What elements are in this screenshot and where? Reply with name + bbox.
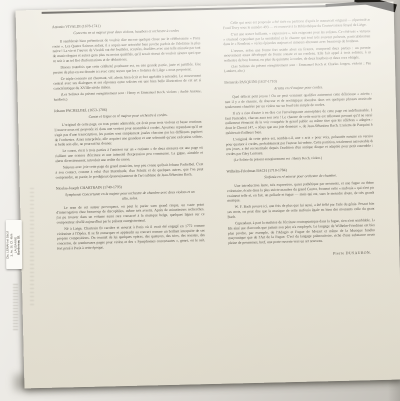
- section-chartrain: Nicolas-Joseph CHARTRAIN (1740-1793) Sym…: [56, 183, 205, 251]
- paragraph: Né à Liège, Chartrain fit carrière et mo…: [57, 223, 206, 251]
- paragraph: W. F. Bach prouve ici, une fois de plus …: [227, 201, 375, 219]
- record-sleeve-back-cover: Antonio VIVALDI (1678-1741) Concerto en …: [16, 2, 400, 389]
- paragraph: Le canon, écrit à trois parties à l'unis…: [55, 145, 203, 163]
- paragraph: L'original de cette pièce est, semble-t-…: [225, 134, 373, 157]
- paragraph: Il semblerait bien prétentieux de vouloi…: [52, 36, 201, 64]
- paragraph: C'est une œuvre brillante, « expressive …: [223, 29, 371, 47]
- liner-notes: Antonio VIVALDI (1678-1741) Concerto en …: [52, 17, 378, 382]
- soloists-note: (Les Solistes du présent enregistrement …: [223, 61, 371, 74]
- paragraph: Le nom de cet auteur provoquera, on peut…: [56, 202, 204, 225]
- section-pasquini: Bernardo PASQUINI (1637-1710) Arietta en…: [224, 77, 374, 163]
- paragraph: Une introduction lente, très expressive,…: [226, 180, 374, 203]
- section-pachelbel: Johann PACHELBEL (1653-1706) Canon et Gi…: [54, 105, 204, 180]
- work-subtitle: Concerto en ut majeur pour deux violons,…: [59, 28, 193, 36]
- inner-sleeve-corner-wedge: [354, 0, 397, 12]
- work-subtitle: Canon et Gigue en ré majeur pour orchest…: [61, 112, 195, 120]
- paragraph: Quel délicat petit joyau ! On ne peut vr…: [224, 91, 372, 109]
- paragraph: Ce triple concerto est charmant, vif, al…: [53, 73, 201, 91]
- paragraph: Cependant, à part la maîtrise de l'écrit…: [227, 218, 376, 246]
- paragraph: Saluons avec joie cette page du grand mu…: [55, 162, 203, 180]
- paragraph: L'œuvre, selon une forme fort usitée alo…: [223, 45, 371, 63]
- work-subtitle: Sinfonia en ré mineur pour orchestre de …: [233, 173, 367, 181]
- author-signature: Pierre DUSAUBON.: [228, 250, 376, 259]
- sticker-line: Bordereau St.: [18, 221, 22, 268]
- section-wf-bach: Wilhelm-Friedman BACH (1710-1784) Sinfon…: [226, 166, 376, 246]
- work-subtitle: Arietta en ré majeur pour cordes.: [231, 84, 365, 92]
- soloists-note: (Les Solistes du présent enregistrement …: [54, 89, 202, 102]
- liner-notes-right-column: Celle qui nous est proposée a été tirée …: [222, 17, 378, 378]
- paragraph: Il n'y a rien d'autre à en dire car l'en…: [225, 108, 374, 136]
- spine-fine-print: [13, 284, 18, 330]
- work-subtitle: Symphonie Concertante en la majeur pour …: [63, 189, 197, 202]
- photo-of-record-sleeve-back: Antonio VIVALDI (1678-1741) Concerto en …: [0, 0, 400, 401]
- inner-sleeve-edge-line: [42, 5, 328, 14]
- spine-fine-print: [30, 188, 34, 308]
- section-vivaldi: Antonio VIVALDI (1678-1741) Concerto en …: [52, 21, 202, 102]
- sticker-text: Dis. LEMAN et Sacd 3, Av. St. Cl. 4bm LA…: [6, 221, 21, 268]
- liner-notes-left-column: Antonio VIVALDI (1678-1741) Concerto en …: [52, 21, 208, 382]
- section-chartrain-continued: Celle qui nous est proposée a été tirée …: [222, 17, 371, 74]
- distributor-sticker: Dis. LEMAN et Sacd 3, Av. St. Cl. 4bm LA…: [6, 220, 22, 269]
- paragraph: L'original de cette page, en tous points…: [54, 119, 203, 147]
